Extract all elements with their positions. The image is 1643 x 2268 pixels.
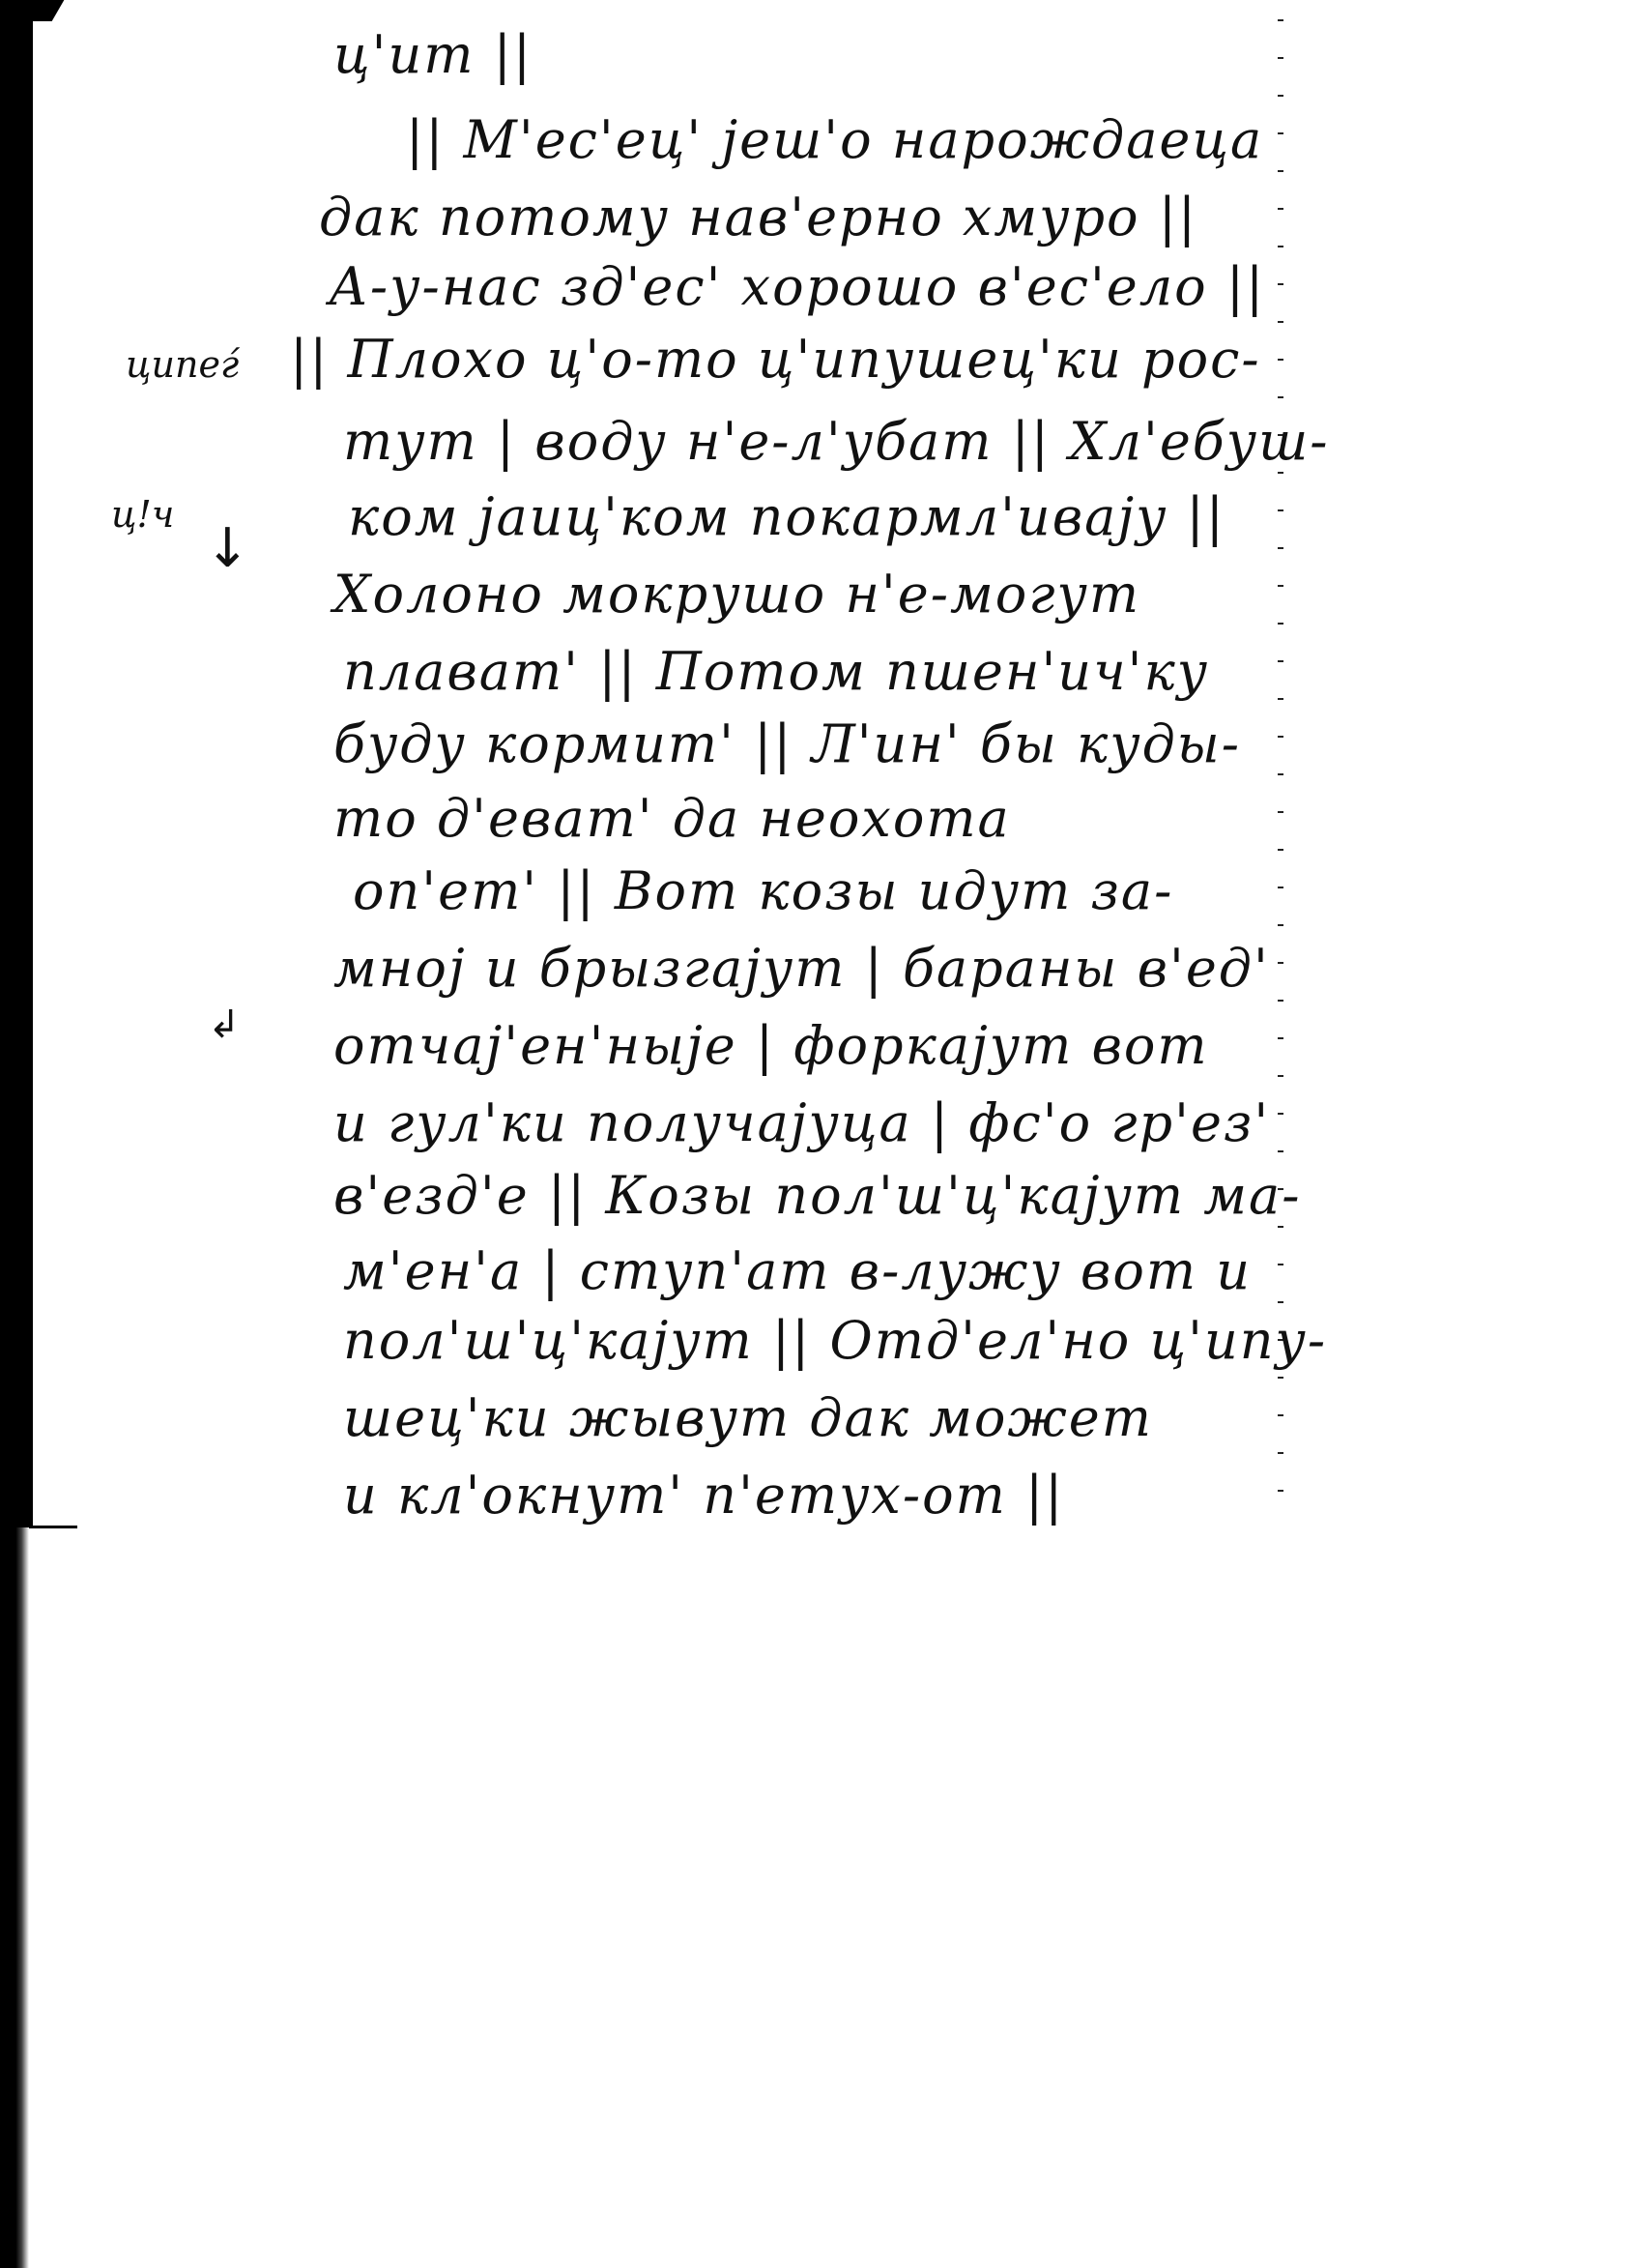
margin-dash bbox=[1278, 57, 1283, 59]
margin-dash bbox=[1278, 1301, 1283, 1303]
margin-dash bbox=[1278, 19, 1283, 21]
margin-dash bbox=[1278, 246, 1283, 247]
text-line: тут | воду н'е-л'убат || Хл'ебуш- bbox=[343, 416, 1329, 468]
margin-dash bbox=[1278, 962, 1283, 964]
margin-dash bbox=[1278, 208, 1283, 210]
text-line: то д'еват' да неохота bbox=[333, 793, 1011, 845]
margin-dash bbox=[1278, 773, 1283, 775]
margin-dash bbox=[1278, 1000, 1283, 1002]
binding-shadow bbox=[0, 0, 33, 1527]
text-line: и гул'ки получаjуца | фс'о гр'ез' bbox=[333, 1097, 1270, 1149]
margin-dash bbox=[1278, 698, 1283, 700]
margin-dash bbox=[1278, 359, 1283, 361]
text-line: шец'ки жывут дак может bbox=[343, 1392, 1153, 1444]
margin-dash bbox=[1278, 509, 1283, 511]
binding-shadow-lower bbox=[0, 1527, 29, 2268]
text-line: Холоно мокрушо н'е-могут bbox=[333, 568, 1140, 621]
text-line: А-у-нас зд'ес' хорошо в'ес'ело || bbox=[329, 261, 1265, 313]
text-line: дак потому нав'ерно хмуро || bbox=[319, 191, 1197, 244]
margin-dash bbox=[1278, 585, 1283, 587]
text-line: || М'ес'ец' јеш'о нарождаеца bbox=[406, 114, 1263, 166]
margin-note: ц!ч bbox=[111, 493, 174, 536]
margin-note: ципеѓ bbox=[126, 343, 239, 386]
margin-dash bbox=[1278, 736, 1283, 738]
margin-dash bbox=[1278, 660, 1283, 662]
margin-dash bbox=[1278, 95, 1283, 97]
margin-dash bbox=[1278, 1075, 1283, 1077]
text-line: ком јаиц'ком покармл'иваjу || bbox=[348, 491, 1225, 543]
margin-dash bbox=[1278, 321, 1283, 323]
margin-dash bbox=[1278, 1037, 1283, 1039]
right-margin-rule bbox=[1278, 19, 1283, 1527]
margin-dash bbox=[1278, 1452, 1283, 1454]
margin-dash bbox=[1278, 547, 1283, 549]
text-line: оп'ет' || Вот козы идут за- bbox=[353, 865, 1173, 917]
text-line: отчај'ен'ныје | форкаjут вот bbox=[333, 1020, 1209, 1072]
margin-dash bbox=[1278, 472, 1283, 474]
return-arrow-icon: ↲ bbox=[208, 1005, 241, 1044]
margin-dash bbox=[1278, 1150, 1283, 1152]
margin-dash bbox=[1278, 396, 1283, 398]
margin-dash bbox=[1278, 132, 1283, 134]
binding-edge-mark bbox=[29, 1526, 77, 1528]
margin-dash bbox=[1278, 849, 1283, 851]
margin-dash bbox=[1278, 924, 1283, 926]
text-line: м'ен'а | ступ'ат в-лужу вот и bbox=[343, 1245, 1252, 1297]
text-line: || Плохо ц'о-то ц'ипушец'ки рос- bbox=[290, 334, 1261, 386]
text-line: буду кормит' || Л'ин' бы куды- bbox=[333, 718, 1241, 771]
margin-dash bbox=[1278, 1490, 1283, 1492]
text-line: пол'ш'ц'каjут || Отд'ел'но ц'ипу- bbox=[343, 1315, 1327, 1367]
margin-dash bbox=[1278, 283, 1283, 285]
margin-dash bbox=[1278, 811, 1283, 813]
margin-dash bbox=[1278, 1113, 1283, 1115]
text-line: ц'ит || bbox=[333, 29, 533, 81]
text-line: мној и брызгаjут | бараны в'ед' bbox=[333, 943, 1270, 995]
margin-dash bbox=[1278, 1226, 1283, 1228]
text-line: плават' || Потом пшен'ич'ку bbox=[343, 646, 1209, 698]
text-line: в'езд'е || Козы пол'ш'ц'каjут ма- bbox=[333, 1170, 1301, 1222]
margin-dash bbox=[1278, 1377, 1283, 1379]
margin-dash bbox=[1278, 170, 1283, 172]
scanned-page: ц'ит || || М'ес'ец' јеш'о нарождаеца дак… bbox=[0, 0, 1643, 2268]
margin-dash bbox=[1278, 1264, 1283, 1265]
margin-dash bbox=[1278, 1414, 1283, 1416]
down-arrow-icon: ↓ bbox=[205, 522, 250, 576]
text-line: и кл'окнут' п'етух-от || bbox=[343, 1469, 1064, 1522]
margin-dash bbox=[1278, 887, 1283, 888]
margin-dash bbox=[1278, 623, 1283, 625]
